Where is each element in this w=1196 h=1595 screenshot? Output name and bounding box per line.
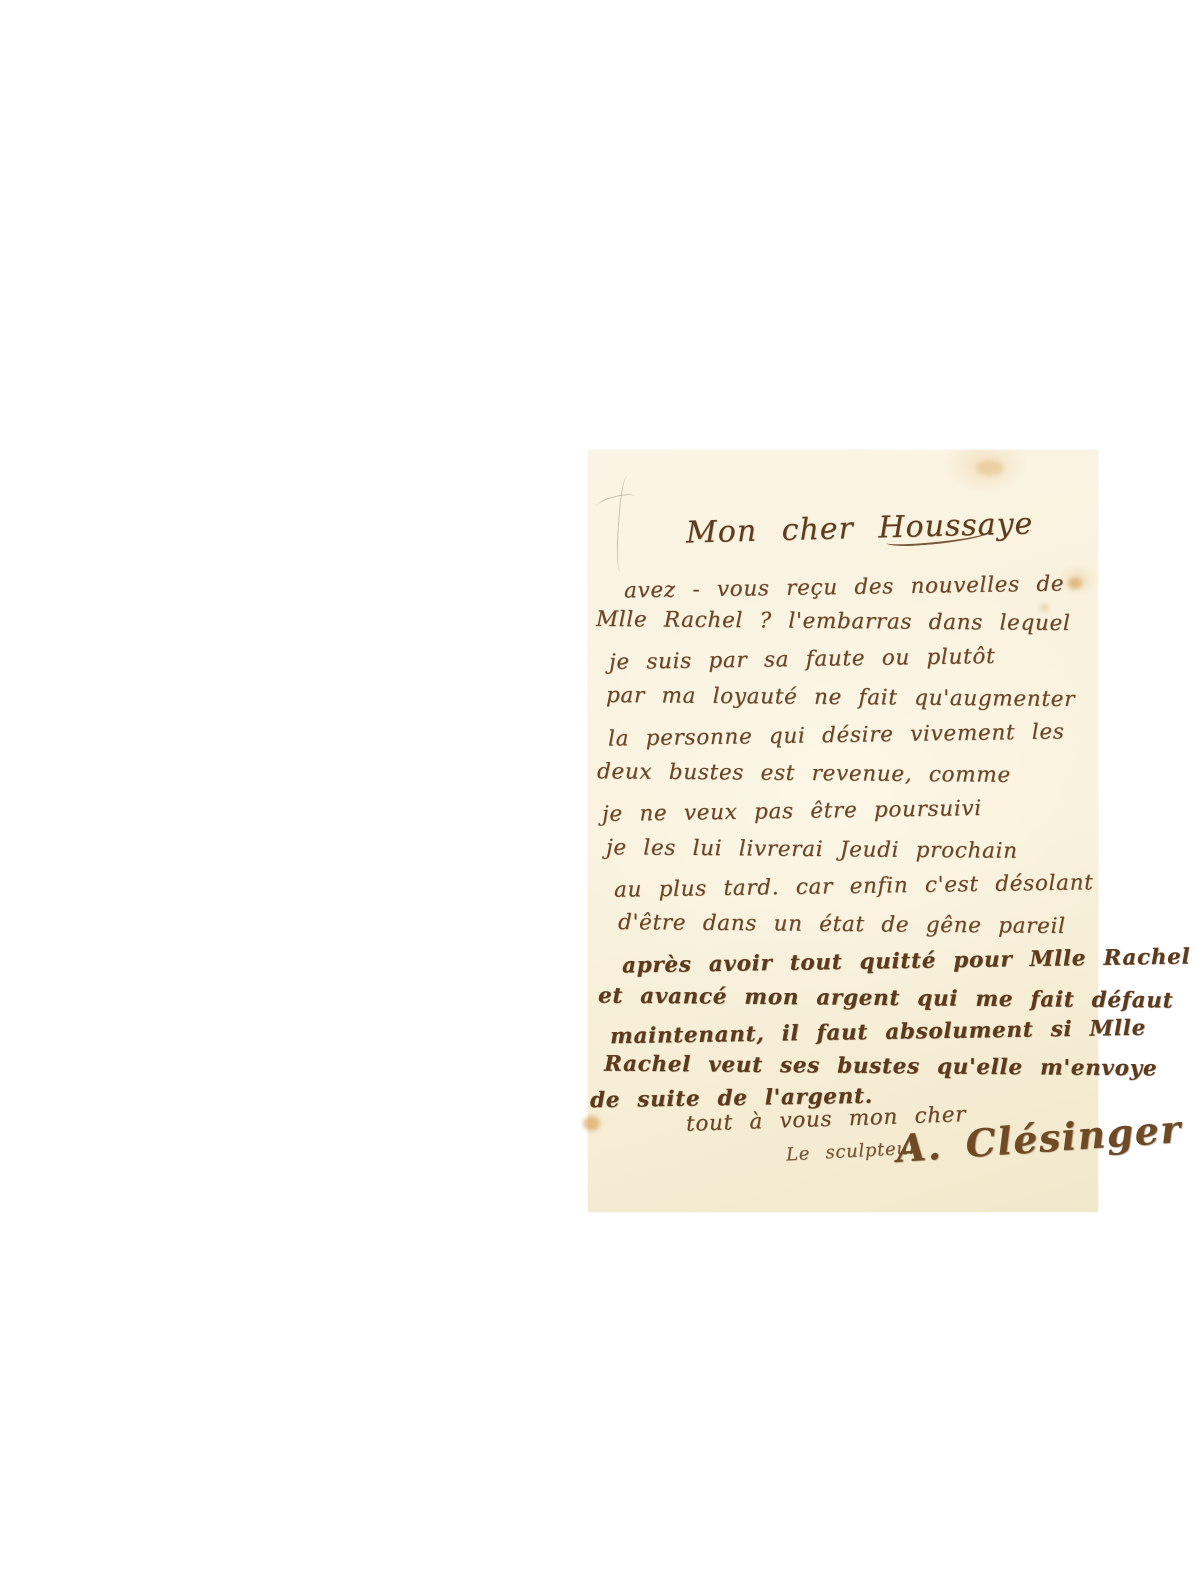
scan-page: Mon cher Houssaye avez - vous reçu des n…	[0, 0, 1196, 1595]
letter-line: maintenant, il faut absolument si Mlle	[610, 1017, 1146, 1049]
letter-line: je suis par sa faute ou plutôt	[609, 645, 996, 675]
letter-line: je les lui livrerai Jeudi prochain	[606, 836, 1018, 863]
paper-stain	[583, 1116, 600, 1131]
paper-stain	[1068, 578, 1082, 589]
letter-paper: Mon cher Houssaye avez - vous reçu des n…	[588, 450, 1098, 1212]
pencil-crease-mark	[615, 476, 635, 573]
letter-line: avez - vous reçu des nouvelles de	[624, 573, 1065, 604]
paper-stain	[976, 460, 1004, 476]
letter-line: et avancé mon argent qui me fait défaut	[598, 984, 1173, 1013]
letter-line: au plus tard. car enfin c'est désolant	[614, 871, 1094, 902]
letter-line: après avoir tout quitté pour Mlle Rachel	[622, 946, 1191, 979]
letter-line: par ma loyauté ne fait qu'augmenter	[606, 684, 1075, 712]
letter-line: deux bustes est revenue, comme	[597, 760, 1011, 787]
letter-line: d'être dans un état de gêne pareil	[618, 911, 1066, 939]
letter-line: la personne qui désire vivement les	[608, 720, 1065, 751]
letter-line: je ne veux pas être poursuivi	[602, 797, 982, 827]
letter-line: Rachel veut ses bustes qu'elle m'envoye	[604, 1053, 1157, 1081]
letter-line: Mlle Rachel ? l'embarras dans lequel	[596, 608, 1071, 636]
